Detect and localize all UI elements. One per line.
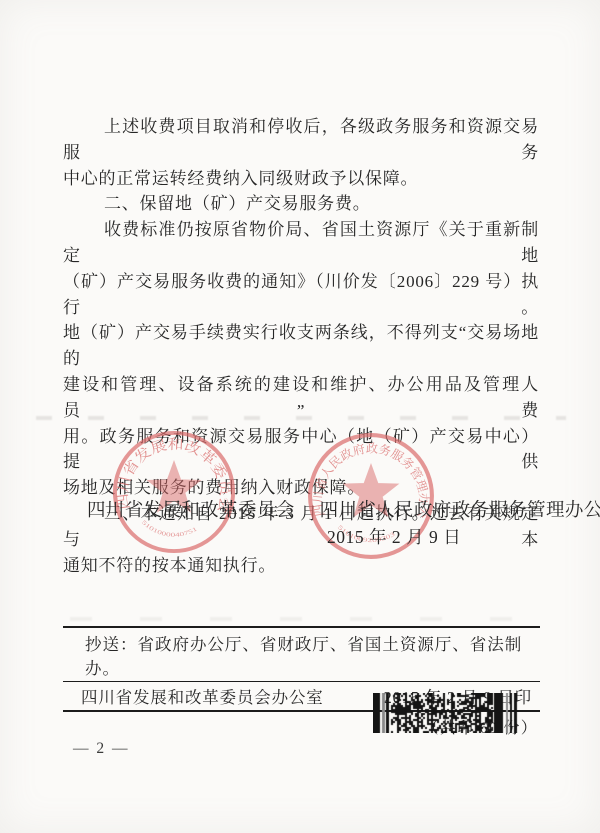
signature-row: 四川省发展和改革委员会四川省人民政府政务服务管理办公室 <box>87 496 537 522</box>
body-line: 中心的正常运转经费纳入同级财政予以保障。 <box>63 166 539 192</box>
body-line: 地（矿）产交易手续费实行收支两条线，不得列支“交易场地的 <box>63 320 539 372</box>
page-number: — 2 — <box>73 740 130 758</box>
body-line: 收费标准仍按原省物价局、省国土资源厅《关于重新制定地 <box>63 217 539 269</box>
scanned-document-page: 上述收费项目取消和停收后，各级政务服务和资源交易服务 中心的正常运转经费纳入同级… <box>0 0 600 833</box>
body-line: 二、保留地（矿）产交易服务费。 <box>63 191 539 217</box>
scan-artifact-line <box>70 617 540 621</box>
body-line: （矿）产交易服务收费的通知》（川价发〔2006〕229 号）执行。 <box>63 269 539 321</box>
signature-date: 2015 年 2 月 9 日 <box>327 524 461 549</box>
issuer-office: 四川省发展和改革委员会办公室 <box>81 684 324 708</box>
svg-text:5101000040751: 5101000040751 <box>140 520 199 539</box>
body-line: 建设和管理、设备系统的建设和维护、办公用品及管理人员”费 <box>63 372 539 424</box>
document-barcode <box>373 693 520 733</box>
issuing-org-left: 四川省发展和改革委员会 <box>87 501 295 521</box>
official-seal-left: 四川省发展和改革委员会 5101000040751 <box>110 428 238 556</box>
body-line: 通知不符的按本通知执行。 <box>63 553 539 579</box>
seal-serial: 5101000040751 <box>140 520 199 539</box>
issuing-org-right: 四川省人民政府政务服务管理办公室 <box>320 501 600 521</box>
cc-line: 抄送：省政府办公厅、省财政厅、省国土资源厅、省法制办。 <box>63 628 540 681</box>
body-line: 上述收费项目取消和停收后，各级政务服务和资源交易服务 <box>63 114 539 166</box>
